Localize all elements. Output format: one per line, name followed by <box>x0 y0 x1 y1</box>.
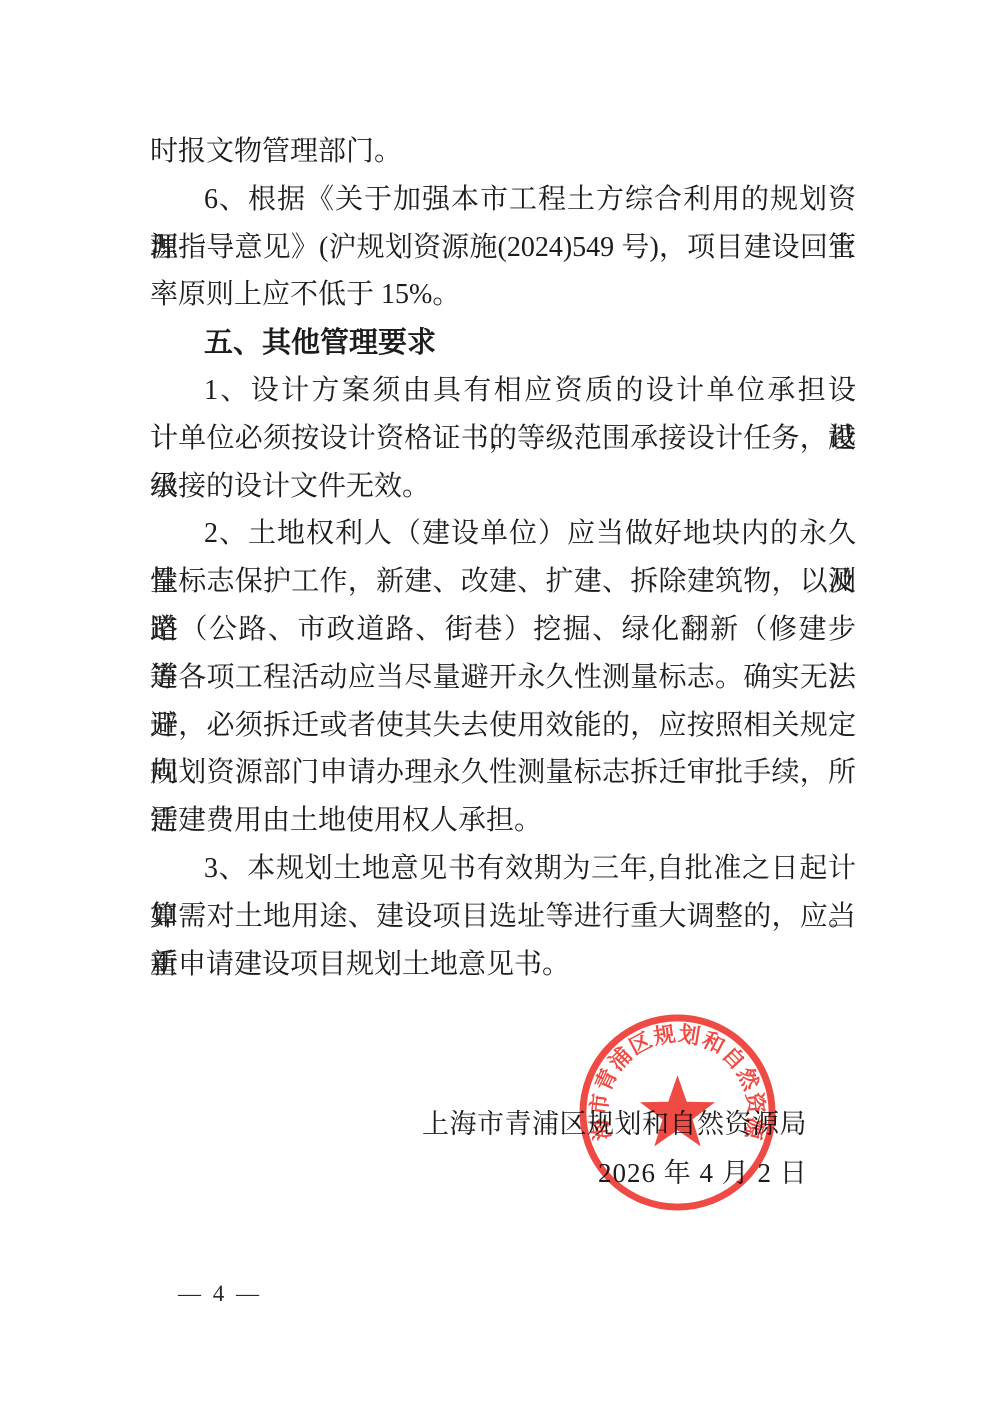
doc-line: 计单位必须按设计资格证书的等级范围承接设计任务，越级 <box>150 415 856 463</box>
doc-line: 2、土地权利人（建设单位）应当做好地块内的永久性测 <box>150 510 856 558</box>
signature-agency: 上海市青浦区规划和自然资源局 <box>422 1102 807 1141</box>
document-body: 时报文物管理部门。 6、根据《关于加强本市工程土方综合利用的规划资源管 理指导意… <box>150 128 856 988</box>
doc-line: 时报文物管理部门。 <box>150 128 856 176</box>
doc-line: 迁建费用由土地使用权人承担。 <box>150 797 856 845</box>
doc-line: 量标志保护工作，新建、改建、扩建、拆除建筑物，以及道 <box>150 558 856 606</box>
document-page: 时报文物管理部门。 6、根据《关于加强本市工程土方综合利用的规划资源管 理指导意… <box>0 0 992 1403</box>
doc-line: 如需对土地用途、建设项目选址等进行重大调整的，应当重 <box>150 893 856 941</box>
doc-line: 率原则上应不低于 15%。 <box>150 271 856 319</box>
doc-line: 1、设计方案须由具有相应资质的设计单位承担设计，设 <box>150 367 856 415</box>
doc-line: 6、根据《关于加强本市工程土方综合利用的规划资源管 <box>150 176 856 224</box>
page-number: — 4 — <box>178 1281 262 1307</box>
doc-line: 3、本规划土地意见书有效期为三年,自批准之日起计算。 <box>150 845 856 893</box>
doc-line: 承接的设计文件无效。 <box>150 463 856 511</box>
doc-line: 等各项工程活动应当尽量避开永久性测量标志。确实无法避 <box>150 654 856 702</box>
doc-line: 规划资源部门申请办理永久性测量标志拆迁审批手续，所需 <box>150 749 856 797</box>
doc-line: 路（公路、市政道路、街巷）挖掘、绿化翻新（修建步道） <box>150 606 856 654</box>
doc-line: 开，必须拆迁或者使其失去使用效能的，应按照相关规定向 <box>150 702 856 750</box>
doc-line: 新申请建设项目规划土地意见书。 <box>150 941 856 989</box>
signature-date: 2026 年 4 月 2 日 <box>598 1151 808 1190</box>
section-heading: 五、其他管理要求 <box>150 319 856 367</box>
doc-line: 理指导意见》(沪规划资源施(2024)549 号)，项目建设回土 <box>150 224 856 272</box>
